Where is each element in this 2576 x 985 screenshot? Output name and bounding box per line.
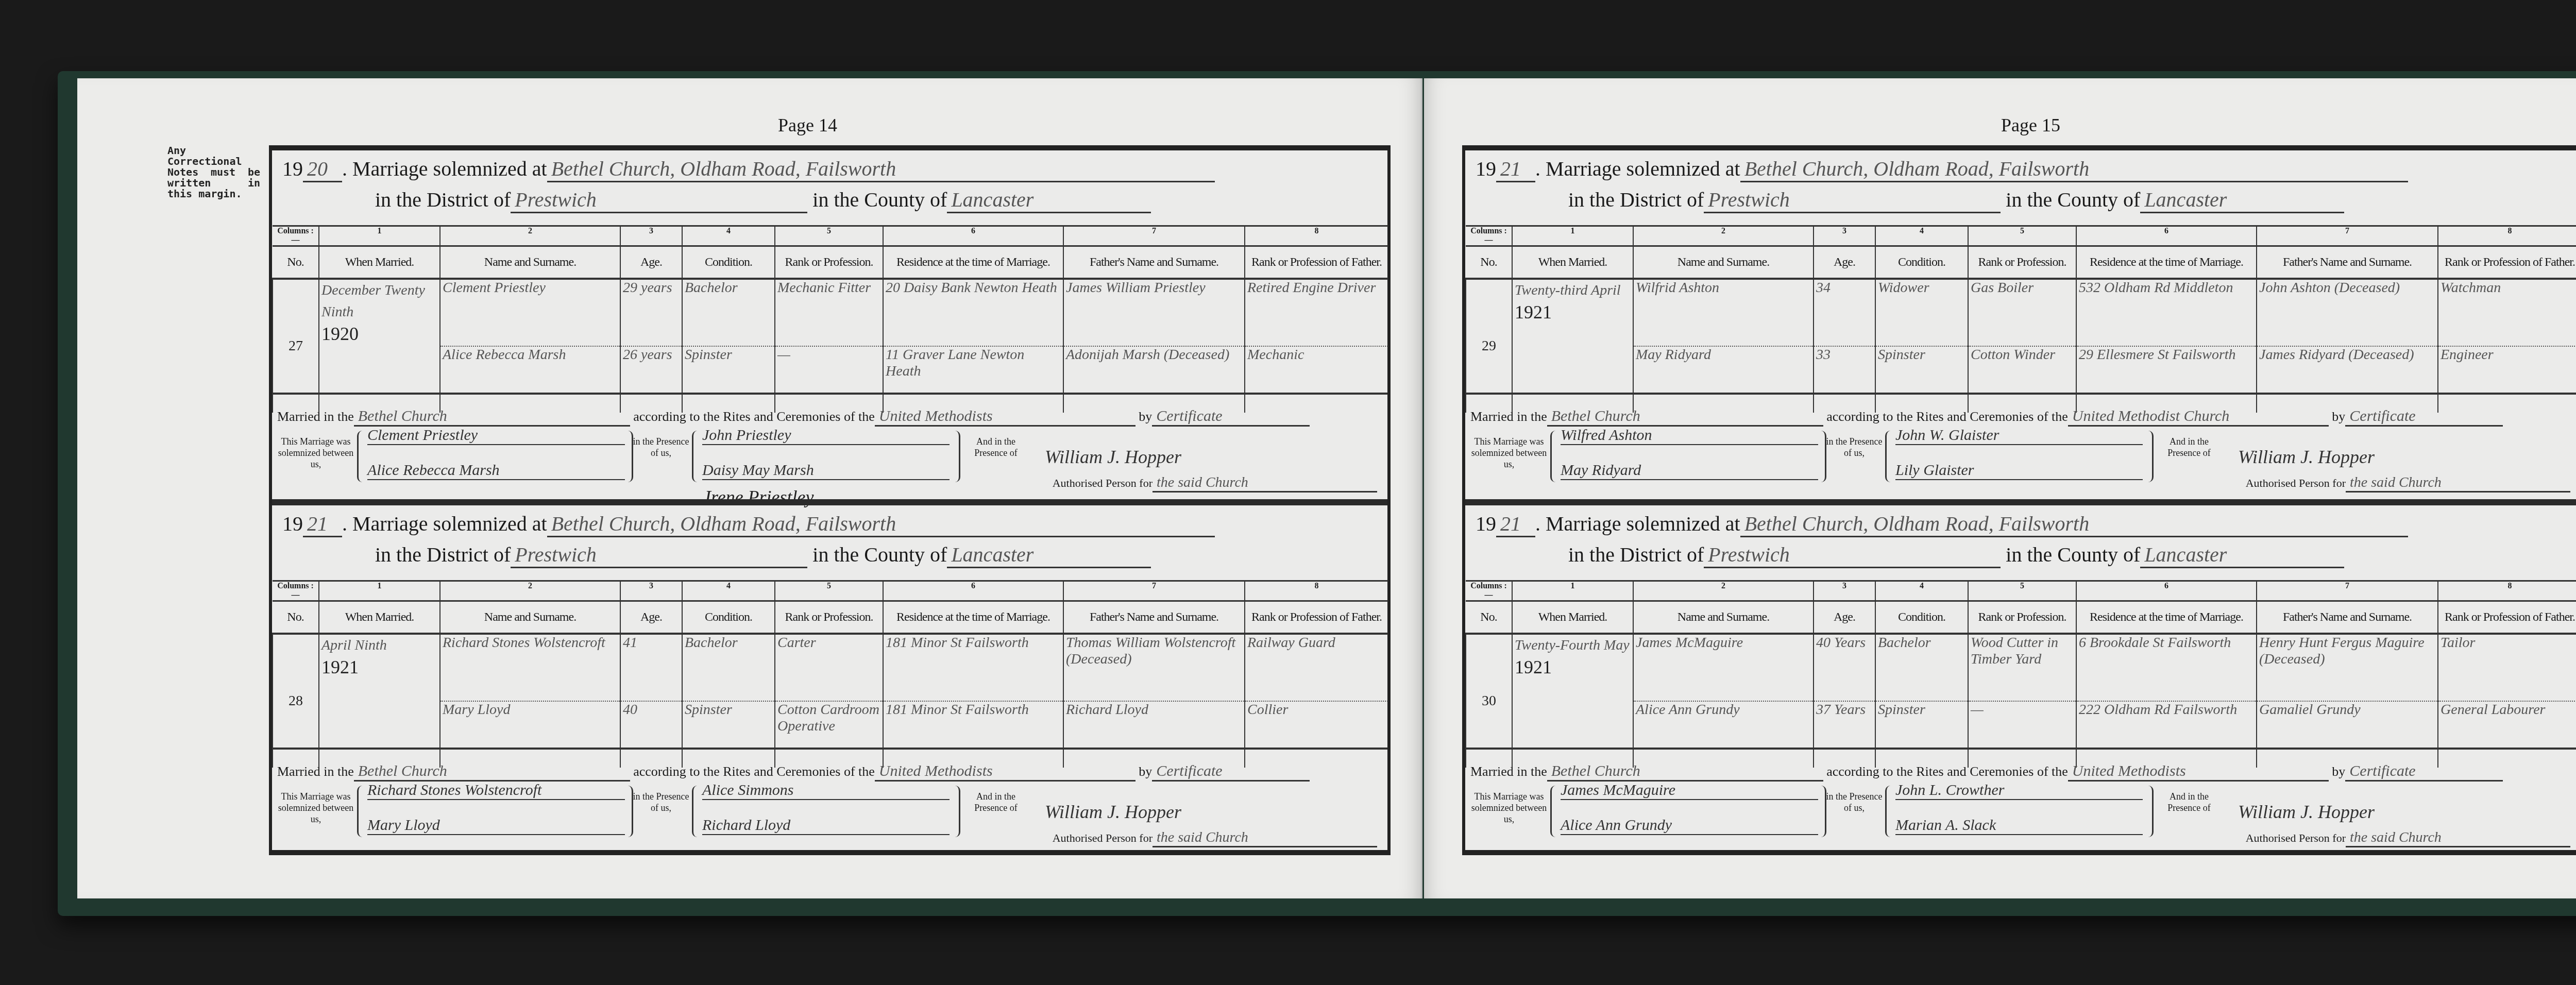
by-value: Certificate <box>1152 407 1310 427</box>
column-numbers: Columns :—12345678 <box>273 581 1388 601</box>
between-us-label: This Marriage was solemnized between us, <box>277 791 354 825</box>
district-line: in the District ofPrestwich in the Count… <box>375 542 1151 568</box>
column-headers: No.When Married.Name and Surname.Age.Con… <box>1466 601 2576 634</box>
county-label: in the County of <box>812 188 947 211</box>
column-number: 3 <box>620 581 682 601</box>
bride-signature: May Ridyard <box>1561 462 1818 480</box>
district-label: in the District of <box>1568 188 1704 211</box>
groom-signature: Clement Priestley <box>367 427 625 445</box>
groom-condition: Widower <box>1875 279 1968 346</box>
solemnized-label: Marriage solemnized at <box>1546 512 1740 535</box>
witness-1-signature: John L. Crowther <box>1895 782 2143 800</box>
column-headers: No.When Married.Name and Surname.Age.Con… <box>273 601 1388 634</box>
district-line: in the District ofPrestwich in the Count… <box>375 188 1151 213</box>
witness-2-signature: Marian A. Slack <box>1895 817 2143 835</box>
church-value: Bethel Church <box>354 762 630 782</box>
groom-age: 41 <box>620 634 682 701</box>
column-header: Condition. <box>682 601 775 634</box>
column-number: 2 <box>1633 581 1814 601</box>
column-header: No. <box>1466 246 1512 279</box>
register-table: Columns :—12345678 No.When Married.Name … <box>272 225 1388 413</box>
district-value: Prestwich <box>1704 542 2001 568</box>
authorised-line: Authorised Person forthe said Church <box>1053 474 1377 492</box>
column-number: 1 <box>1512 226 1633 246</box>
page-right: Page 15 Any Correctional Notes must be w… <box>1424 78 2576 898</box>
groom-row: 29 Twenty-third April1921 Wilfrid Ashton… <box>1466 279 2576 346</box>
district-value: Prestwich <box>511 188 807 213</box>
column-number: Columns :— <box>1466 226 1512 246</box>
district-line: in the District ofPrestwich in the Count… <box>1568 542 2344 568</box>
officiant-signature: William J. Hopper <box>2238 801 2375 823</box>
groom-residence: 532 Oldham Rd Middleton <box>2076 279 2257 346</box>
marriage-entry: 1920. Marriage solemnized atBethel Churc… <box>272 150 1387 493</box>
presence-us-label: in the Presence of us, <box>1826 436 1883 458</box>
place-value: Bethel Church, Oldham Road, Failsworth <box>547 157 1215 182</box>
column-header: Rank or Profession. <box>775 246 883 279</box>
denomination-value: United Methodists <box>875 407 1136 427</box>
authorised-value: the said Church <box>1153 474 1377 492</box>
column-header: Father's Name and Surname. <box>2257 601 2438 634</box>
column-header: No. <box>273 246 319 279</box>
entry-heading: 1920. Marriage solemnized atBethel Churc… <box>282 157 1215 182</box>
married-in-line: Married in theBethel Church according to… <box>277 407 1310 427</box>
authorised-line: Authorised Person forthe said Church <box>2246 829 2570 847</box>
column-header: Residence at the time of Marriage. <box>883 246 1063 279</box>
column-header: Rank or Profession. <box>1968 246 2076 279</box>
married-in-line: Married in theBethel Church according to… <box>277 762 1310 782</box>
place-value: Bethel Church, Oldham Road, Failsworth <box>1740 512 2408 537</box>
register-table: Columns :—12345678 No.When Married.Name … <box>272 580 1388 768</box>
marriage-entry: 1921. Marriage solemnized atBethel Churc… <box>272 499 1387 848</box>
column-number: 7 <box>2257 226 2438 246</box>
groom-father: John Ashton (Deceased) <box>2257 279 2438 346</box>
presence-of-label: And in the Presence of <box>2156 791 2223 813</box>
column-header: Rank or Profession of Father. <box>2438 601 2576 634</box>
groom-age: 34 <box>1814 279 1875 346</box>
column-number: 5 <box>775 226 883 246</box>
column-number: 1 <box>1512 581 1633 601</box>
groom-residence: 20 Daisy Bank Newton Heath <box>883 279 1063 346</box>
register-table: Columns :—12345678 No.When Married.Name … <box>1465 225 2576 413</box>
column-number: 8 <box>2438 581 2576 601</box>
presence-of-label: And in the Presence of <box>962 791 1029 813</box>
district-label: in the District of <box>375 188 511 211</box>
denomination-value: United Methodists <box>2068 762 2329 782</box>
authorised-line: Authorised Person forthe said Church <box>2246 474 2570 492</box>
column-numbers: Columns :—12345678 <box>1466 581 2576 601</box>
marriage-entry: 1921. Marriage solemnized atBethel Churc… <box>1465 499 2576 848</box>
solemnized-label: Marriage solemnized at <box>1546 157 1740 180</box>
page-number: Page 15 <box>2001 114 2060 136</box>
groom-profession: Carter <box>775 634 883 701</box>
column-headers: No.When Married.Name and Surname.Age.Con… <box>1466 246 2576 279</box>
presence-of-label: And in the Presence of <box>962 436 1029 458</box>
by-value: Certificate <box>1152 762 1310 782</box>
groom-row: 28 April Ninth1921 Richard Stones Wolste… <box>273 634 1388 701</box>
district-label: in the District of <box>1568 543 1704 566</box>
marriage-entry: 1921. Marriage solemnized atBethel Churc… <box>1465 150 2576 493</box>
column-headers: No.When Married.Name and Surname.Age.Con… <box>273 246 1388 279</box>
groom-condition: Bachelor <box>682 279 775 346</box>
column-number: 7 <box>2257 581 2438 601</box>
groom-row: 30 Twenty-Fourth May1921 James McMaguire… <box>1466 634 2576 701</box>
presence-us-label: in the Presence of us, <box>633 436 689 458</box>
groom-father-profession: Retired Engine Driver <box>1245 279 1388 346</box>
married-in-line: Married in theBethel Church according to… <box>1470 762 2503 782</box>
groom-condition: Bachelor <box>682 634 775 701</box>
groom-name: Clement Priestley <box>440 279 620 346</box>
column-header: Residence at the time of Marriage. <box>2076 601 2257 634</box>
authorised-value: the said Church <box>2346 474 2570 492</box>
column-number: Columns :— <box>273 581 319 601</box>
married-in-line: Married in theBethel Church according to… <box>1470 407 2503 427</box>
between-us-label: This Marriage was solemnized between us, <box>1470 436 1548 470</box>
county-label: in the County of <box>812 543 947 566</box>
county-label: in the County of <box>2006 188 2140 211</box>
witness-2-signature: Daisy May Marsh <box>702 462 950 480</box>
authorised-value: the said Church <box>2346 829 2570 847</box>
column-number: Columns :— <box>1466 581 1512 601</box>
groom-profession: Gas Boiler <box>1968 279 2076 346</box>
column-number: 4 <box>682 581 775 601</box>
church-value: Bethel Church <box>354 407 630 427</box>
column-number: 3 <box>620 226 682 246</box>
entry-footer: Married in theBethel Church according to… <box>1465 748 2576 850</box>
column-number: Columns :— <box>273 226 319 246</box>
groom-father: James William Priestley <box>1063 279 1245 346</box>
register-form: 1920. Marriage solemnized atBethel Churc… <box>269 145 1391 855</box>
column-number: 5 <box>775 581 883 601</box>
denomination-value: United Methodists <box>875 762 1136 782</box>
groom-father-profession: Railway Guard <box>1245 634 1388 701</box>
solemnized-label: Marriage solemnized at <box>352 512 547 535</box>
column-number: 3 <box>1814 581 1875 601</box>
column-number: 2 <box>440 581 620 601</box>
column-header: Age. <box>1814 246 1875 279</box>
column-header: Father's Name and Surname. <box>2257 246 2438 279</box>
county-label: in the County of <box>2006 543 2140 566</box>
by-value: Certificate <box>2345 762 2503 782</box>
county-value: Lancaster <box>947 188 1151 213</box>
county-value: Lancaster <box>947 542 1151 568</box>
denomination-value: United Methodist Church <box>2068 407 2329 427</box>
groom-condition: Bachelor <box>1875 634 1968 701</box>
entry-heading: 1921. Marriage solemnized atBethel Churc… <box>282 512 1215 537</box>
page-number: Page 14 <box>778 114 837 136</box>
groom-name: Wilfrid Ashton <box>1633 279 1814 346</box>
column-number: 1 <box>319 226 440 246</box>
witness-1-signature: Alice Simmons <box>702 782 950 800</box>
column-number: 2 <box>440 226 620 246</box>
register-form: 1921. Marriage solemnized atBethel Churc… <box>1462 145 2576 855</box>
column-header: When Married. <box>1512 246 1633 279</box>
place-value: Bethel Church, Oldham Road, Failsworth <box>547 512 1215 537</box>
column-number: 6 <box>2076 226 2257 246</box>
column-header: Residence at the time of Marriage. <box>883 601 1063 634</box>
groom-profession: Wood Cutter in Timber Yard <box>1968 634 2076 701</box>
place-value: Bethel Church, Oldham Road, Failsworth <box>1740 157 2408 182</box>
column-number: 6 <box>883 581 1063 601</box>
column-header: Name and Surname. <box>440 601 620 634</box>
column-header: When Married. <box>319 246 440 279</box>
column-header: Rank or Profession of Father. <box>1245 246 1388 279</box>
district-value: Prestwich <box>511 542 807 568</box>
column-header: When Married. <box>319 601 440 634</box>
column-header: No. <box>1466 601 1512 634</box>
year-prefix: 19 <box>282 157 303 180</box>
groom-age: 40 Years <box>1814 634 1875 701</box>
county-value: Lancaster <box>2140 188 2344 213</box>
groom-name: Richard Stones Wolstencroft <box>440 634 620 701</box>
district-value: Prestwich <box>1704 188 2001 213</box>
register-table: Columns :—12345678 No.When Married.Name … <box>1465 580 2576 768</box>
witness-2-signature: Lily Glaister <box>1895 462 2143 480</box>
presence-us-label: in the Presence of us, <box>1826 791 1883 813</box>
witness-2-signature: Richard Lloyd <box>702 817 950 835</box>
solemnized-label: Marriage solemnized at <box>352 157 547 180</box>
column-header: Rank or Profession. <box>775 601 883 634</box>
bride-signature: Mary Lloyd <box>367 817 625 835</box>
year-prefix: 19 <box>1476 157 1496 180</box>
entry-heading: 1921. Marriage solemnized atBethel Churc… <box>1476 512 2408 537</box>
presence-of-label: And in the Presence of <box>2156 436 2223 458</box>
column-header: Condition. <box>682 246 775 279</box>
between-us-label: This Marriage was solemnized between us, <box>1470 791 1548 825</box>
groom-name: James McMaguire <box>1633 634 1814 701</box>
between-us-label: This Marriage was solemnized between us, <box>277 436 354 470</box>
year-prefix: 19 <box>282 512 303 535</box>
officiant-signature: William J. Hopper <box>2238 446 2375 468</box>
column-header: Name and Surname. <box>1633 246 1814 279</box>
column-number: 7 <box>1063 581 1245 601</box>
bride-signature: Alice Ann Grundy <box>1561 817 1818 835</box>
column-header: Condition. <box>1875 601 1968 634</box>
groom-father: Henry Hunt Fergus Maguire (Deceased) <box>2257 634 2438 701</box>
column-number: 4 <box>1875 226 1968 246</box>
column-number: 8 <box>2438 226 2576 246</box>
page-left: Page 14 Any Correctional Notes must be w… <box>77 78 1422 898</box>
column-header: Condition. <box>1875 246 1968 279</box>
groom-father-profession: Tailor <box>2438 634 2576 701</box>
column-number: 6 <box>883 226 1063 246</box>
column-number: 1 <box>319 581 440 601</box>
column-numbers: Columns :—12345678 <box>273 226 1388 246</box>
column-header: Residence at the time of Marriage. <box>2076 246 2257 279</box>
column-header: Age. <box>620 246 682 279</box>
column-header: Father's Name and Surname. <box>1063 246 1245 279</box>
church-value: Bethel Church <box>1547 762 1823 782</box>
column-header: Name and Surname. <box>440 246 620 279</box>
column-header: Father's Name and Surname. <box>1063 601 1245 634</box>
groom-signature: Richard Stones Wolstencroft <box>367 782 625 800</box>
column-header: Rank or Profession. <box>1968 601 2076 634</box>
column-header: Age. <box>620 601 682 634</box>
groom-signature: Wilfred Ashton <box>1561 427 1818 445</box>
groom-residence: 6 Brookdale St Failsworth <box>2076 634 2257 701</box>
district-line: in the District ofPrestwich in the Count… <box>1568 188 2344 213</box>
column-number: 5 <box>1968 581 2076 601</box>
year-suffix: 21 <box>303 512 342 537</box>
presence-us-label: in the Presence of us, <box>633 791 689 813</box>
groom-row: 27 December Twenty Ninth1920 Clement Pri… <box>273 279 1388 346</box>
column-number: 7 <box>1063 226 1245 246</box>
entry-footer: Married in theBethel Church according to… <box>272 748 1387 850</box>
by-value: Certificate <box>2345 407 2503 427</box>
column-number: 5 <box>1968 226 2076 246</box>
groom-residence: 181 Minor St Failsworth <box>883 634 1063 701</box>
column-header: When Married. <box>1512 601 1633 634</box>
entry-heading: 1921. Marriage solemnized atBethel Churc… <box>1476 157 2408 182</box>
bride-signature: Alice Rebecca Marsh <box>367 462 625 480</box>
groom-father: Thomas William Wolstencroft (Deceased) <box>1063 634 1245 701</box>
officiant-signature: William J. Hopper <box>1045 801 1181 823</box>
district-label: in the District of <box>375 543 511 566</box>
year-suffix: 21 <box>1496 512 1535 537</box>
officiant-signature: William J. Hopper <box>1045 446 1181 468</box>
entry-footer: Married in theBethel Church according to… <box>1465 393 2576 495</box>
groom-father-profession: Watchman <box>2438 279 2576 346</box>
column-number: 4 <box>682 226 775 246</box>
church-value: Bethel Church <box>1547 407 1823 427</box>
column-number: 6 <box>2076 581 2257 601</box>
authorised-line: Authorised Person forthe said Church <box>1053 829 1377 847</box>
groom-profession: Mechanic Fitter <box>775 279 883 346</box>
witness-1-signature: John W. Glaister <box>1895 427 2143 445</box>
year-prefix: 19 <box>1476 512 1496 535</box>
column-header: Name and Surname. <box>1633 601 1814 634</box>
year-suffix: 20 <box>303 157 342 182</box>
authorised-value: the said Church <box>1153 829 1377 847</box>
year-suffix: 21 <box>1496 157 1535 182</box>
column-header: Rank or Profession of Father. <box>1245 601 1388 634</box>
column-number: 8 <box>1245 581 1388 601</box>
column-number: 2 <box>1633 226 1814 246</box>
column-number: 4 <box>1875 581 1968 601</box>
column-header: Age. <box>1814 601 1875 634</box>
witness-1-signature: John Priestley <box>702 427 950 445</box>
column-number: 3 <box>1814 226 1875 246</box>
groom-age: 29 years <box>620 279 682 346</box>
county-value: Lancaster <box>2140 542 2344 568</box>
entry-footer: Married in theBethel Church according to… <box>272 393 1387 495</box>
column-numbers: Columns :—12345678 <box>1466 226 2576 246</box>
column-header: No. <box>273 601 319 634</box>
margin-note: Any Correctional Notes must be written i… <box>167 145 260 199</box>
column-number: 8 <box>1245 226 1388 246</box>
groom-signature: James McMaguire <box>1561 782 1818 800</box>
column-header: Rank or Profession of Father. <box>2438 246 2576 279</box>
